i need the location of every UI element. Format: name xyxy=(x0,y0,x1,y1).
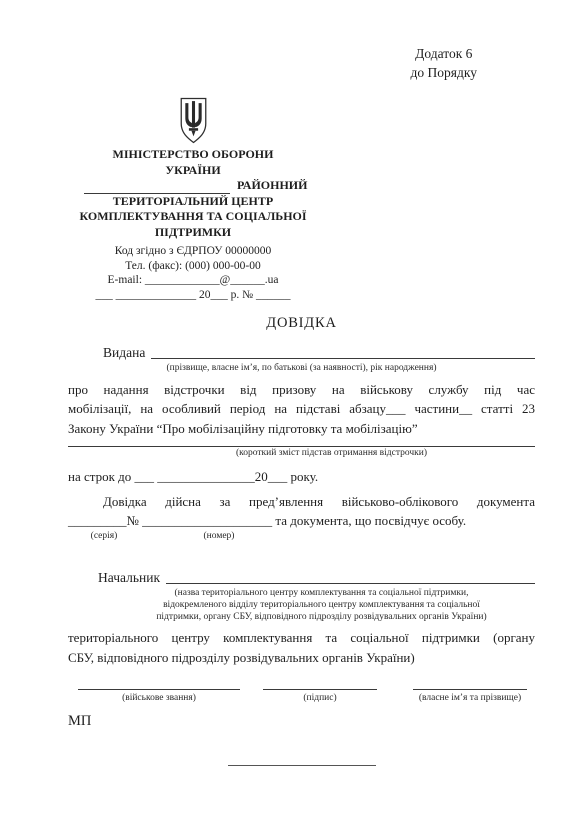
stamp-mp: МП xyxy=(68,712,535,731)
deferment-paragraph: про надання відстрочки від призову на ві… xyxy=(68,380,535,438)
rank-label: (військове звання) xyxy=(78,692,240,704)
sign-column: (підпис) xyxy=(263,679,377,704)
chief-hint-line3: підтримки, органу СБУ, відповідного підр… xyxy=(108,611,535,623)
appendix-line1: Додаток 6 xyxy=(411,44,477,63)
name-column: (власне ім’я та прізвище) xyxy=(413,679,527,704)
validity-paragraph: Довідка дійсна за пред’явлення військово… xyxy=(68,492,535,531)
document-title: ДОВІДКА xyxy=(68,314,535,332)
bottom-blank[interactable] xyxy=(228,765,376,766)
signature-row: (військове звання) (підпис) (власне ім’я… xyxy=(68,679,535,704)
recipient-name-blank[interactable] xyxy=(151,358,535,359)
chief-row: Начальник xyxy=(68,568,535,587)
chief-continuation: територіального центру комплектування та… xyxy=(68,628,535,667)
sign-label: (підпис) xyxy=(263,692,377,704)
body-line2[interactable]: мобілізації, на особливий період на підс… xyxy=(68,399,535,418)
district-name-blank[interactable] xyxy=(84,181,230,194)
sign-blank[interactable] xyxy=(263,679,377,690)
appendix-wrap: Додаток 6 до Порядку xyxy=(68,44,535,82)
issued-row: Видана xyxy=(68,344,535,362)
appendix-note: Додаток 6 до Порядку xyxy=(411,44,477,82)
chief-label: Начальник xyxy=(98,568,160,587)
seria-label: (серія) xyxy=(74,530,134,542)
center-line1: ТЕРИТОРІАЛЬНИЙ ЦЕНТР xyxy=(68,194,318,210)
body-line3: Закону України “Про мобілізаційну підгот… xyxy=(68,419,535,438)
reason-hint: (короткий зміст підстав отримання відстр… xyxy=(128,447,535,459)
center-line2: КОМПЛЕКТУВАННЯ ТА СОЦІАЛЬНОЇ xyxy=(68,209,318,225)
ministry-line1: МІНІСТЕРСТВО ОБОРОНИ xyxy=(68,147,318,163)
rank-blank[interactable] xyxy=(78,679,240,690)
valid-line1: Довідка дійсна за пред’явлення військово… xyxy=(68,492,535,511)
org-header: МІНІСТЕРСТВО ОБОРОНИ УКРАЇНИ РАЙОННИЙ ТЕ… xyxy=(68,96,318,302)
email-line[interactable]: E-mail: _____________@______.ua xyxy=(68,273,318,288)
date-number-line[interactable]: ___ ______________ 20___ р. № ______ xyxy=(68,288,318,303)
term-row[interactable]: на строк до ___ _______________20___ рок… xyxy=(68,467,535,486)
tryzub-emblem xyxy=(68,96,318,144)
body-line1: про надання відстрочки від призову на ві… xyxy=(68,380,535,399)
document-page: Додаток 6 до Порядку МІНІСТЕРСТВО ОБОРОН… xyxy=(0,0,584,832)
district-row: РАЙОННИЙ xyxy=(68,178,318,194)
edrpou-code: Код згідно з ЄДРПОУ 00000000 xyxy=(68,244,318,259)
phone-fax-line: Тел. (факс): (000) 000-00-00 xyxy=(68,259,318,274)
appendix-line2: до Порядку xyxy=(411,63,477,82)
tryzub-icon xyxy=(178,97,209,144)
ministry-line2: УКРАЇНИ xyxy=(68,163,318,179)
issued-label: Видана xyxy=(103,344,145,362)
issued-hint: (прізвище, власне ім’я, по батькові (за … xyxy=(68,362,535,374)
rank-column: (військове звання) xyxy=(78,679,240,704)
center-line3: ПІДТРИМКИ xyxy=(68,225,318,241)
chief-cont-line1: територіального центру комплектування та… xyxy=(68,628,535,647)
series-number-labels: (серія) (номер) xyxy=(68,530,535,542)
chief-cont-line2: СБУ, відповідного підрозділу розвідуваль… xyxy=(68,648,535,667)
nomer-label: (номер) xyxy=(184,530,254,542)
chief-hint-line1: (назва територіального центру комплектув… xyxy=(108,587,535,599)
name-label: (власне ім’я та прізвище) xyxy=(413,692,527,704)
chief-hints: (назва територіального центру комплектув… xyxy=(108,587,535,623)
valid-line2[interactable]: _________№ ____________________ та докум… xyxy=(68,511,535,530)
contact-block: Код згідно з ЄДРПОУ 00000000 Тел. (факс)… xyxy=(68,244,318,302)
name-blank[interactable] xyxy=(413,679,527,690)
district-label: РАЙОННИЙ xyxy=(237,178,307,194)
chief-org-blank[interactable] xyxy=(166,583,535,584)
chief-hint-line2: відокремленого відділу територіального ц… xyxy=(108,599,535,611)
